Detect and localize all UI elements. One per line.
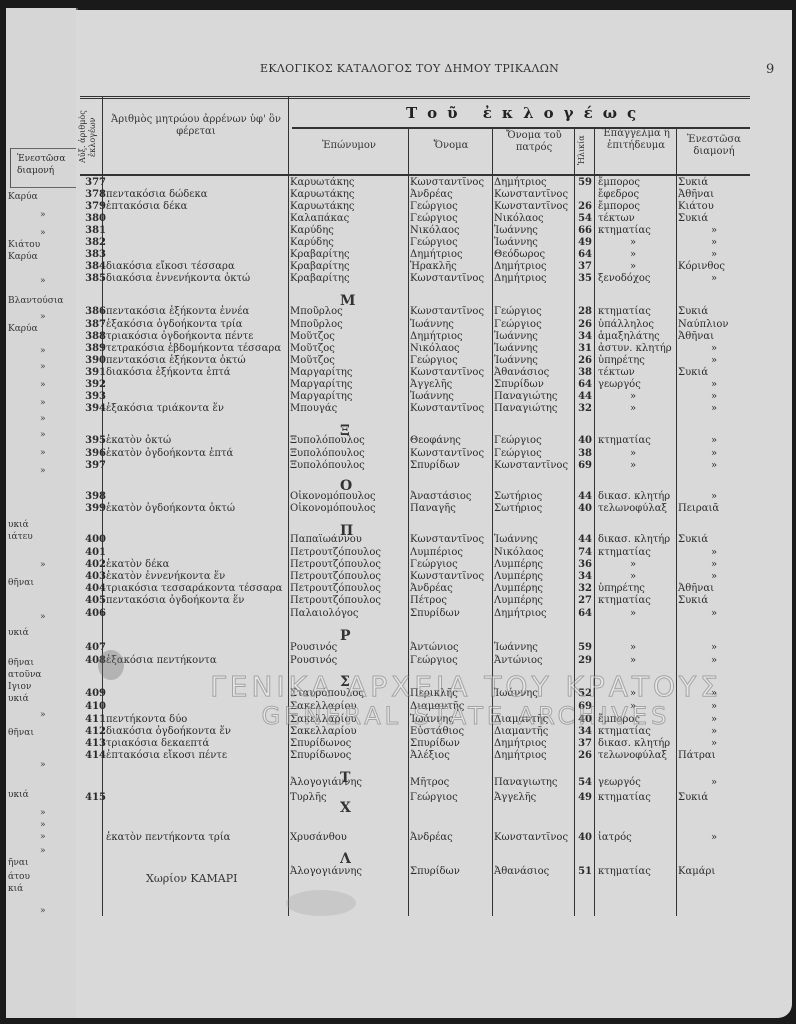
left-page-residence-entry: υκιά xyxy=(8,520,29,530)
occupation-cell: » xyxy=(598,559,668,570)
first-name-cell: Παναγῆς xyxy=(410,503,456,514)
residence-cell: » xyxy=(678,448,750,459)
surname-cell: Ρουσινός xyxy=(290,642,337,653)
father-name-cell: Νικόλαος xyxy=(494,547,544,558)
father-name-cell: Λυμπέρης xyxy=(494,583,543,594)
first-name-cell: Κωνσταντῖνος xyxy=(410,273,484,284)
name-header: Ὄνομα xyxy=(410,140,492,152)
registry-number-header: Ἀριθμὸς μητρώου ἀρρένων ὑφ' ὃν φέρεται xyxy=(106,114,286,138)
occupation-cell: κτηματίας xyxy=(598,435,651,446)
father-name-cell: Κωνσταντῖνος xyxy=(494,201,568,212)
father-name-cell: Λυμπέρης xyxy=(494,595,543,606)
residence-cell: » xyxy=(678,559,750,570)
age-cell: 54 xyxy=(576,213,592,224)
left-page-residence-entry: Κιάτου xyxy=(8,240,40,250)
father-name-cell: Σωτήριος xyxy=(494,503,542,514)
occupation-cell: » xyxy=(598,391,668,402)
left-page-residence-entry: Καρύα xyxy=(8,324,38,334)
surname-cell: Παπαϊωάννου xyxy=(290,534,362,545)
surname-cell: Μποῦρλος xyxy=(290,319,343,330)
age-cell: 27 xyxy=(576,595,592,606)
left-page-residence-entry: » xyxy=(40,380,46,390)
serial-number-cell: 383 xyxy=(82,249,106,260)
serial-number-cell: 379 xyxy=(82,201,106,212)
residence-cell: » xyxy=(678,655,750,666)
document-page: ΕΚΛΟΓΙΚΟΣ ΚΑΤΑΛΟΓΟΣ ΤΟΥ ΔΗΜΟΥ ΤΡΙΚΑΛΩΝ 9… xyxy=(76,10,792,1018)
residence-cell: » xyxy=(678,343,750,354)
first-name-cell: Νικόλαος xyxy=(410,343,460,354)
father-name-cell: Δημήτριος xyxy=(494,177,547,188)
surname-cell: Σπυρίδωνος xyxy=(290,738,351,749)
age-cell: 28 xyxy=(576,306,592,317)
occupation-cell: τέκτων xyxy=(598,213,635,224)
age-cell: 38 xyxy=(576,367,592,378)
alphabet-section-letter: Χ xyxy=(340,800,351,816)
surname-header: Ἐπώνυμον xyxy=(290,140,408,152)
group-header-rule xyxy=(292,127,750,129)
surname-cell: Τυρλῆς xyxy=(290,792,327,803)
first-name-cell: Δημήτριος xyxy=(410,249,463,260)
father-name-cell: Ἀθανάσιος xyxy=(494,866,549,877)
age-cell: 69 xyxy=(576,460,592,471)
father-name-cell: Ἀντώνιος xyxy=(494,655,543,666)
serial-number-cell: 396 xyxy=(82,448,106,459)
left-page-residence-entry: » xyxy=(40,312,46,322)
father-name-cell: Ἰωάννης xyxy=(494,355,538,366)
father-name-cell: Ἰωάννης xyxy=(494,225,538,236)
age-cell: 26 xyxy=(576,750,592,761)
father-name-cell: Κωνσταντῖνος xyxy=(494,460,568,471)
age-cell: 59 xyxy=(576,177,592,188)
father-name-cell: Κωνσταντῖνος xyxy=(494,189,568,200)
residence-cell: » xyxy=(678,273,750,284)
serial-number-cell: 398 xyxy=(82,491,106,502)
serial-number-cell: 399 xyxy=(82,503,106,514)
age-cell: 64 xyxy=(576,249,592,260)
surname-cell: Κραβαρίτης xyxy=(290,249,350,260)
father-name-cell: Θεόδωρος xyxy=(494,249,545,260)
left-page-residence-entry: θῆναι xyxy=(8,658,34,668)
serial-number-cell: 384 xyxy=(82,261,106,272)
age-cell: 74 xyxy=(576,547,592,558)
first-name-cell: Σπυρίδων xyxy=(410,608,460,619)
left-page-residence-entry: ῆναι xyxy=(8,858,28,868)
age-cell: 64 xyxy=(576,379,592,390)
first-name-cell: Γεώργιος xyxy=(410,655,458,666)
left-page-residence-entry: » xyxy=(40,560,46,570)
first-name-cell: Ἀνδρέας xyxy=(410,583,453,594)
occupation-cell: γεωργός xyxy=(598,379,641,390)
serial-number-cell: 414 xyxy=(82,750,106,761)
age-cell: 37 xyxy=(576,261,592,272)
registry-number-cell: ἑκατὸν πεντήκοντα τρία xyxy=(106,832,230,843)
first-name-cell: Σπυρίδων xyxy=(410,460,460,471)
age-cell: 35 xyxy=(576,273,592,284)
residence-cell: » xyxy=(678,391,750,402)
surname-cell: Ἀλογογιάννης xyxy=(290,777,362,788)
father-name-header: Ὄνομα τοῦ πατρός xyxy=(494,130,574,154)
occupation-cell: ὑπάλληλος xyxy=(598,319,654,330)
serial-number-cell: 380 xyxy=(82,213,106,224)
age-cell: 32 xyxy=(576,583,592,594)
first-name-cell: Νικόλαος xyxy=(410,225,460,236)
first-name-cell: Γεώργιος xyxy=(410,792,458,803)
serial-number-cell: 382 xyxy=(82,237,106,248)
left-page-residence-entry: θῆναι xyxy=(8,728,34,738)
father-name-cell: Ἰωάννης xyxy=(494,331,538,342)
age-cell: 49 xyxy=(576,792,592,803)
father-name-cell: Νικόλαος xyxy=(494,213,544,224)
occupation-cell: κτηματίας xyxy=(598,225,651,236)
registry-number-cell: ἑκατὸν ἐννενήκοντα ἕν xyxy=(106,571,225,582)
occupation-cell: κτηματίας xyxy=(598,866,651,877)
residence-cell: Συκιά xyxy=(678,792,750,803)
header-top-rule xyxy=(80,96,750,99)
father-name-cell: Σπυρίδων xyxy=(494,379,544,390)
registry-number-cell: ἑκατὸν ὀγδοήκοντα ὀκτώ xyxy=(106,503,235,514)
left-page-residence-entry: » xyxy=(40,612,46,622)
surname-cell: Καρύδης xyxy=(290,225,334,236)
occupation-cell: ἁμαξηλάτης xyxy=(598,331,660,342)
residence-cell: » xyxy=(678,832,750,843)
surname-cell: Πετρουτζόπουλος xyxy=(290,559,381,570)
occupation-cell: κτηματίας xyxy=(598,306,651,317)
registry-number-cell: τριακόσια δεκαεπτά xyxy=(106,738,209,749)
column-divider xyxy=(676,128,677,916)
occupation-cell: » xyxy=(598,261,668,272)
left-page-residence-entry: υκιά xyxy=(8,628,29,638)
registry-number-cell: πεντακόσια ἑξήκοντα ὀκτώ xyxy=(106,355,246,366)
surname-cell: Καρυωτάκης xyxy=(290,177,354,188)
age-cell: 64 xyxy=(576,608,592,619)
first-name-cell: Γεώργιος xyxy=(410,559,458,570)
left-page-residence-entry: » xyxy=(40,228,46,238)
registry-number-cell: ἑξακόσια ὀγδοήκοντα τρία xyxy=(106,319,243,330)
left-page-residence-entry: άτου xyxy=(8,872,30,882)
residence-cell: Συκιά xyxy=(678,595,750,606)
surname-cell: Κραβαρίτης xyxy=(290,273,350,284)
residence-cell: » xyxy=(678,355,750,366)
surname-cell: Καρυωτάκης xyxy=(290,189,354,200)
first-name-cell: Ἀνδρέας xyxy=(410,832,453,843)
father-name-cell: Γεώργιος xyxy=(494,306,542,317)
father-name-cell: Δημήτριος xyxy=(494,273,547,284)
occupation-cell: » xyxy=(598,608,668,619)
first-name-cell: Σπυρίδων xyxy=(410,866,460,877)
left-page-residence-entry: » xyxy=(40,362,46,372)
residence-cell: Πάτραι xyxy=(678,750,750,761)
left-page-residence-entry: » xyxy=(40,210,46,220)
registry-number-cell: διακόσια ἐννενήκοντα ὀκτώ xyxy=(106,273,250,284)
father-name-cell: Ἰωάννης xyxy=(494,237,538,248)
occupation-cell: » xyxy=(598,571,668,582)
first-name-cell: Ἰωάννης xyxy=(410,319,454,330)
surname-cell: Μαργαρίτης xyxy=(290,391,353,402)
first-name-cell: Γεώργιος xyxy=(410,355,458,366)
column-divider xyxy=(492,128,493,916)
occupation-cell: κτηματίας xyxy=(598,547,651,558)
occupation-cell: ἔφεδρος xyxy=(598,189,639,200)
serial-number-cell: 378 xyxy=(82,189,106,200)
age-cell: 40 xyxy=(576,832,592,843)
occupation-cell: » xyxy=(598,403,668,414)
first-name-cell: Λυμπέριος xyxy=(410,547,463,558)
surname-cell: Πετρουτζόπουλος xyxy=(290,547,381,558)
left-page-residence-entry: Βλαντούσια xyxy=(8,296,64,306)
village-heading: Χωρίον ΚΑΜΑΡΙ xyxy=(146,872,238,885)
father-name-cell: Ἀγγελῆς xyxy=(494,792,536,803)
occupation-cell: δικασ. κλητήρ xyxy=(598,738,670,749)
serial-number-cell: 401 xyxy=(82,547,106,558)
residence-cell: » xyxy=(678,642,750,653)
surname-cell: Μοῦτζος xyxy=(290,355,335,366)
first-name-cell: Κωνσταντῖνος xyxy=(410,403,484,414)
left-page-residence-entry: θῆναι xyxy=(8,578,34,588)
occupation-cell: ξενοδόχος xyxy=(598,273,651,284)
age-cell: 26 xyxy=(576,355,592,366)
first-name-cell: Κωνσταντῖνος xyxy=(410,534,484,545)
registry-number-cell: ἑκατὸν ὀγδοήκοντα ἑπτά xyxy=(106,448,233,459)
left-page-residence-entry: » xyxy=(40,448,46,458)
serial-number-cell: 390 xyxy=(82,355,106,366)
residence-cell: » xyxy=(678,547,750,558)
first-name-cell: Ἡρακλῆς xyxy=(410,261,457,272)
age-cell: 44 xyxy=(576,391,592,402)
age-cell: 51 xyxy=(576,866,592,877)
residence-cell: Συκιά xyxy=(678,306,750,317)
father-name-cell: Δημήτριος xyxy=(494,738,547,749)
surname-cell: Ξυπολόπουλος xyxy=(290,448,365,459)
occupation-cell: ὑπηρέτης xyxy=(598,583,645,594)
residence-cell: » xyxy=(678,571,750,582)
surname-cell: Οἰκονομόπουλος xyxy=(290,491,376,502)
surname-cell: Ξυπολόπουλος xyxy=(290,435,365,446)
registry-number-cell: πεντακόσια ἑξήκοντα ἐννέα xyxy=(106,306,249,317)
surname-cell: Μαργαρίτης xyxy=(290,367,353,378)
left-page-residence-entry: ατοῦνα xyxy=(8,670,42,680)
surname-cell: Καλαπάκας xyxy=(290,213,349,224)
age-cell: 40 xyxy=(576,435,592,446)
father-name-cell: Σωτήριος xyxy=(494,491,542,502)
residence-cell: Κιάτου xyxy=(678,201,750,212)
occupation-cell: ἔμπορος xyxy=(598,201,640,212)
serial-number-cell: 410 xyxy=(82,701,106,712)
age-cell: 38 xyxy=(576,448,592,459)
occupation-cell: » xyxy=(598,655,668,666)
occupation-header: Ἐπάγγελμα ἢ ἐπιτήδευμα xyxy=(596,128,676,152)
registry-number-cell: ἑπτακόσια εἴκοσι πέντε xyxy=(106,750,227,761)
surname-cell: Πετρουτζόπουλος xyxy=(290,595,381,606)
serial-number-cell: 407 xyxy=(82,642,106,653)
age-cell: 59 xyxy=(576,642,592,653)
first-name-cell: Κωνσταντῖνος xyxy=(410,177,484,188)
left-page-residence-entry: » xyxy=(40,846,46,856)
serial-number-cell: 400 xyxy=(82,534,106,545)
serial-number-cell: 397 xyxy=(82,460,106,471)
residence-cell: » xyxy=(678,249,750,260)
surname-cell: Μαργαρίτης xyxy=(290,379,353,390)
registry-number-cell: διακόσια ἑξήκοντα ἑπτά xyxy=(106,367,231,378)
serial-number-cell: 413 xyxy=(82,738,106,749)
serial-number-cell: 377 xyxy=(82,177,106,188)
serial-number-cell: 411 xyxy=(82,714,106,725)
serial-number-cell: 389 xyxy=(82,343,106,354)
surname-cell: Παλαιολόγος xyxy=(290,608,358,619)
first-name-cell: Ἀναστάσιος xyxy=(410,491,472,502)
ink-stain xyxy=(98,650,124,680)
age-cell: 44 xyxy=(576,491,592,502)
residence-cell: » xyxy=(678,460,750,471)
surname-cell: Μπουγάς xyxy=(290,403,337,414)
father-name-cell: Γεώργιος xyxy=(494,435,542,446)
registry-number-cell: ἑκατὸν ὀκτώ xyxy=(106,435,171,446)
residence-header: Ἐνεστῶσα διαμονή xyxy=(678,134,750,158)
registry-number-cell: τετρακόσια ἑβδομήκοντα τέσσαρα xyxy=(106,343,281,354)
first-name-cell: Κωνσταντῖνος xyxy=(410,448,484,459)
occupation-cell: τέκτων xyxy=(598,367,635,378)
occupation-cell: τελωνοφύλαξ xyxy=(598,750,667,761)
left-page-residence-entry: υκιά xyxy=(8,694,29,704)
surname-cell: Καρυωτάκης xyxy=(290,201,354,212)
first-name-cell: Ἰωάννης xyxy=(410,391,454,402)
first-name-cell: Μῆτρος xyxy=(410,777,449,788)
column-divider xyxy=(574,128,575,916)
father-name-cell: Κωνσταντῖνος xyxy=(494,832,568,843)
archive-watermark: ΓΕΝΙΚΑ ΑΡΧΕΙΑ ΤΟΥ ΚΡΑΤΟΥΣ xyxy=(206,670,726,703)
residence-cell: Ἀθῆναι xyxy=(678,331,750,342)
running-head: ΕΚΛΟΓΙΚΟΣ ΚΑΤΑΛΟΓΟΣ ΤΟΥ ΔΗΜΟΥ ΤΡΙΚΑΛΩΝ xyxy=(260,62,559,75)
age-cell: 26 xyxy=(576,201,592,212)
first-name-cell: Θεοφάνης xyxy=(410,435,461,446)
father-name-cell: Παναγιώτης xyxy=(494,403,557,414)
surname-cell: Ρουσινός xyxy=(290,655,337,666)
left-page-residence-entry: » xyxy=(40,398,46,408)
left-page-residence-entry: » xyxy=(40,346,46,356)
first-name-cell: Ἀλέξιος xyxy=(410,750,450,761)
residence-cell: Συκιά xyxy=(678,177,750,188)
column-divider xyxy=(288,96,289,916)
header-bottom-rule xyxy=(80,174,750,176)
serial-number-cell: 385 xyxy=(82,273,106,284)
first-name-cell: Κωνσταντῖνος xyxy=(410,367,484,378)
first-name-cell: Γεώργιος xyxy=(410,213,458,224)
surname-cell: Μοῦτζος xyxy=(290,343,335,354)
age-cell: 26 xyxy=(576,319,592,330)
surname-cell: Οἰκονομόπουλος xyxy=(290,503,376,514)
first-name-cell: Κωνσταντῖνος xyxy=(410,306,484,317)
residence-cell: Συκιά xyxy=(678,534,750,545)
residence-cell: Ἀθῆναι xyxy=(678,583,750,594)
first-name-cell: Ἀνδρέας xyxy=(410,189,453,200)
residence-cell: Πειραιᾶ xyxy=(678,503,750,514)
occupation-cell: ἀστυν. κλητήρ xyxy=(598,343,672,354)
registry-number-cell: πεντακόσια δώδεκα xyxy=(106,189,207,200)
serial-number-cell: 386 xyxy=(82,306,106,317)
residence-cell: » xyxy=(678,491,750,502)
occupation-cell: » xyxy=(598,237,668,248)
left-page-residence-header: Ἐνεστῶσα διαμονή xyxy=(10,148,76,188)
surname-cell: Μποῦρλος xyxy=(290,306,343,317)
occupation-cell: » xyxy=(598,448,668,459)
serial-number-cell: 412 xyxy=(82,726,106,737)
left-page-residence-entry: » xyxy=(40,276,46,286)
surname-cell: Σπυρίδωνος xyxy=(290,750,351,761)
residence-cell: Συκιά xyxy=(678,213,750,224)
left-page-residence-entry: ιάτευ xyxy=(8,532,33,542)
serial-number-cell: 381 xyxy=(82,225,106,236)
alphabet-section-letter: Λ xyxy=(340,851,351,867)
father-name-cell: Ἰωάννης xyxy=(494,343,538,354)
age-cell: 34 xyxy=(576,571,592,582)
father-name-cell: Δημήτριος xyxy=(494,608,547,619)
left-page-residence-entry: » xyxy=(40,832,46,842)
registry-number-cell: πεντήκοντα δύο xyxy=(106,714,187,725)
serial-number-cell: 388 xyxy=(82,331,106,342)
occupation-cell: » xyxy=(598,249,668,260)
age-header: Ἡλικία xyxy=(576,130,594,170)
serial-number-cell: 406 xyxy=(82,608,106,619)
page-number: 9 xyxy=(766,62,774,77)
first-name-cell: Πέτρος xyxy=(410,595,447,606)
left-page-residence-entry: Ιγιον xyxy=(8,682,31,692)
registry-number-cell: τριακόσια τεσσαράκοντα τέσσαρα xyxy=(106,583,282,594)
occupation-cell: κτηματίας xyxy=(598,595,651,606)
residence-cell: Κόρινθος xyxy=(678,261,750,272)
voter-group-header: Τοῦ ἐκλογέως xyxy=(406,104,646,122)
serial-number-header: Αὐξ. ἀριθμὸς ἐκλογέων xyxy=(78,102,100,172)
first-name-cell: Σπυρίδων xyxy=(410,738,460,749)
occupation-cell: ἰατρός xyxy=(598,832,632,843)
left-page-residence-entry: » xyxy=(40,430,46,440)
father-name-cell: Δημήτριος xyxy=(494,261,547,272)
surname-cell: Πετρουτζόπουλος xyxy=(290,571,381,582)
father-name-cell: Ἀθανάσιος xyxy=(494,367,549,378)
residence-cell: Συκιά xyxy=(678,367,750,378)
occupation-cell: κτηματίας xyxy=(598,792,651,803)
occupation-cell: τελωνοφύλαξ xyxy=(598,503,667,514)
serial-number-cell: 404 xyxy=(82,583,106,594)
left-page-residence-entry: » xyxy=(40,820,46,830)
surname-cell: Πετρουτζόπουλος xyxy=(290,583,381,594)
left-page-residence-entry: υκιά xyxy=(8,790,29,800)
age-cell: 49 xyxy=(576,237,592,248)
age-cell: 66 xyxy=(576,225,592,236)
age-cell: 31 xyxy=(576,343,592,354)
registry-number-cell: ἑκατὸν δέκα xyxy=(106,559,169,570)
left-page-residence-entry: » xyxy=(40,466,46,476)
serial-number-cell: 393 xyxy=(82,391,106,402)
father-name-cell: Ἰωάννης xyxy=(494,642,538,653)
residence-cell: Ναύπλιον xyxy=(678,319,750,330)
father-name-cell: Λυμπέρης xyxy=(494,559,543,570)
left-page-residence-entry: » xyxy=(40,906,46,916)
age-cell: 44 xyxy=(576,534,592,545)
father-name-cell: Γεώργιος xyxy=(494,319,542,330)
serial-number-cell: 395 xyxy=(82,435,106,446)
age-cell: 29 xyxy=(576,655,592,666)
archive-watermark-en: GENERAL STATE ARCHIVES xyxy=(206,702,726,730)
residence-cell: Ἀθῆναι xyxy=(678,189,750,200)
surname-cell: Ξυπολόπουλος xyxy=(290,460,365,471)
serial-number-cell: 392 xyxy=(82,379,106,390)
first-name-cell: Γεώργιος xyxy=(410,201,458,212)
residence-cell: » xyxy=(678,379,750,390)
surname-cell: Κραβαρίτης xyxy=(290,261,350,272)
serial-number-cell: 409 xyxy=(82,688,106,699)
serial-number-cell: 402 xyxy=(82,559,106,570)
first-name-cell: Κωνσταντῖνος xyxy=(410,571,484,582)
registry-number-cell: τριακόσια ὀγδοήκοντα πέντε xyxy=(106,331,253,342)
